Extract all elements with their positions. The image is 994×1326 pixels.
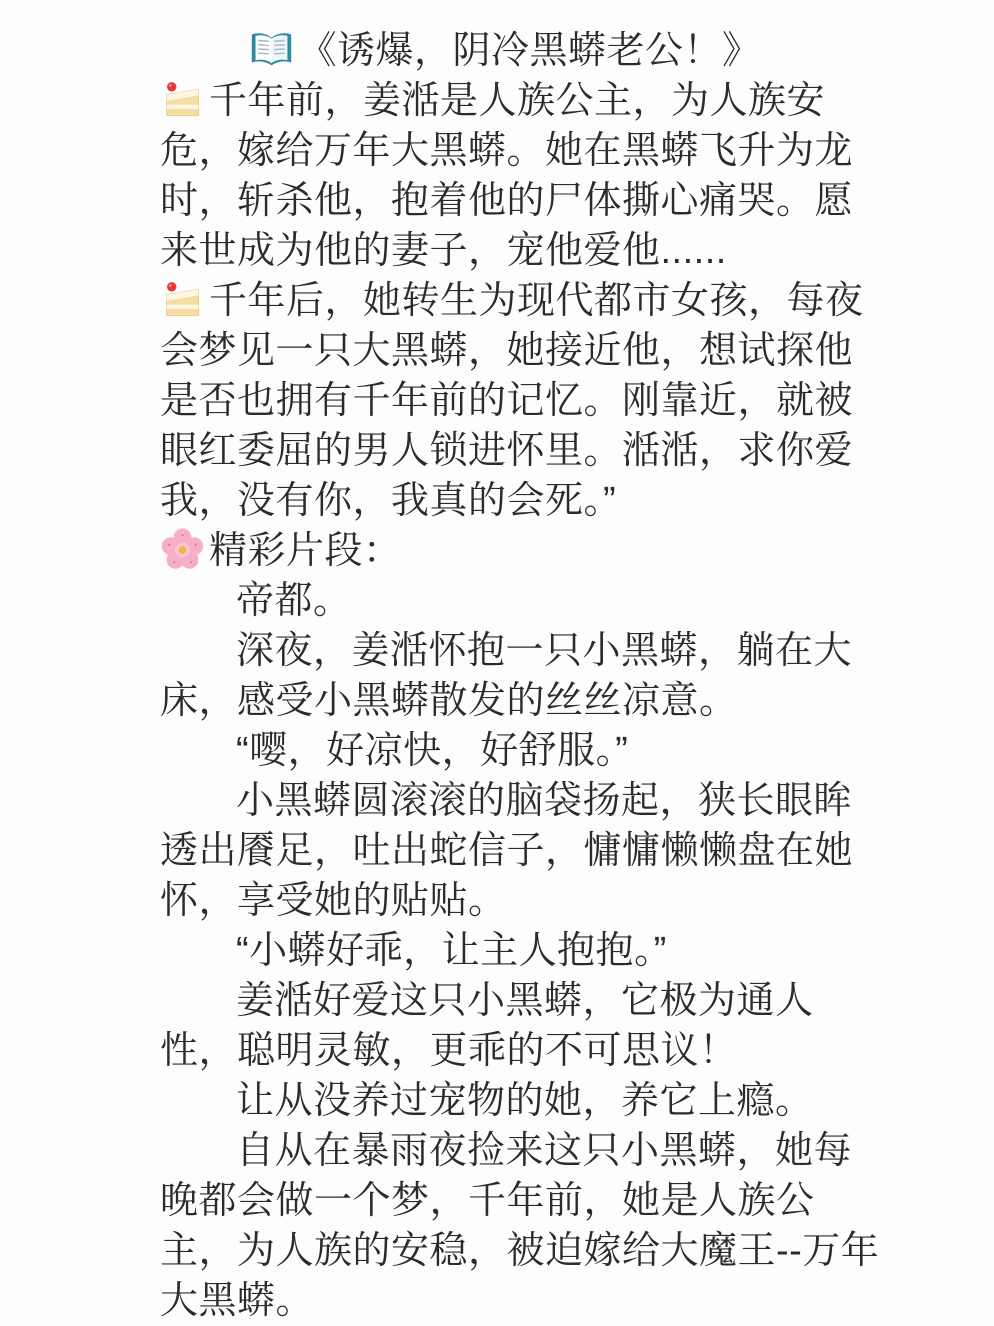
text-line: 我，没有你，我真的会死。” [160, 476, 860, 526]
line-text: 小黑蟒圆滚滚的脑袋扬起，狭长眼眸 [236, 780, 852, 822]
book-title-text: 《诱爆，阴冷黑蟒老公！》 [298, 30, 760, 72]
text-line: 千年前，姜湉是人族公主，为人族安 [160, 76, 860, 126]
line-text: 怀，享受她的贴贴。 [160, 880, 507, 922]
line-text: 是否也拥有千年前的记忆。刚靠近，就被 [160, 380, 853, 422]
text-line: 会梦见一只大黑蟒，她接近他，想试探他 [160, 326, 860, 376]
text-line: “小蟒好乖，让主人抱抱。” [160, 926, 860, 976]
text-line: 性，聪明灵敏，更乖的不可思议！ [160, 1026, 860, 1076]
line-text: 帝都。 [236, 580, 352, 622]
line-text: 精彩片段： [209, 530, 402, 572]
text-line: 深夜，姜湉怀抱一只小黑蟒，躺在大 [160, 626, 860, 676]
text-line: 来世成为他的妻子，宠他爱他...... [160, 226, 860, 276]
line-text: “小蟒好乖，让主人抱抱。” [236, 930, 667, 972]
line-text: 千年前，姜湉是人族公主，为人族安 [209, 80, 825, 122]
text-line: 床，感受小黑蟒散发的丝丝凉意。 [160, 676, 860, 726]
text-line: 小黑蟒圆滚滚的脑袋扬起，狭长眼眸 [160, 776, 860, 826]
text-line: 透出餍足，吐出蛇信子，慵慵懒懒盘在她 [160, 826, 860, 876]
text-line: 自从在暴雨夜捡来这只小黑蟒，她每 [160, 1126, 860, 1176]
line-text: 危，嫁给万年大黑蟒。她在黑蟒飞升为龙 [160, 130, 853, 172]
text-line: 晚都会做一个梦，千年前，她是人族公 [160, 1176, 860, 1226]
text-line: 让从没养过宠物的她，养它上瘾。 [160, 1076, 860, 1126]
cake-icon [160, 77, 205, 122]
text-line: 姜湉好爱这只小黑蟒，它极为通人 [160, 976, 860, 1026]
text-line: 怀，享受她的贴贴。 [160, 876, 860, 926]
line-text: 千年后，她转生为现代都市女孩，每夜 [209, 280, 864, 322]
line-text: 我，没有你，我真的会死。” [160, 480, 616, 522]
text-line: “嘤，好凉快，好舒服。” [160, 726, 860, 776]
line-text: 姜湉好爱这只小黑蟒，它极为通人 [236, 980, 814, 1022]
line-text: 自从在暴雨夜捡来这只小黑蟒，她每 [236, 1130, 852, 1172]
text-line: 精彩片段： [160, 526, 860, 576]
line-text: 晚都会做一个梦，千年前，她是人族公 [160, 1180, 815, 1222]
text-line: 大黑蟒。 [160, 1276, 860, 1326]
line-text: 大黑蟒。 [160, 1280, 314, 1322]
text-line: 时，斩杀他，抱着他的尸体撕心痛哭。愿 [160, 176, 860, 226]
text-line: 眼红委屈的男人锁进怀里。湉湉，求你爱 [160, 426, 860, 476]
line-text: 时，斩杀他，抱着他的尸体撕心痛哭。愿 [160, 180, 853, 222]
line-text: 让从没养过宠物的她，养它上瘾。 [236, 1080, 814, 1122]
title-line: 《诱爆，阴冷黑蟒老公！》 [160, 26, 850, 76]
article-body: 《诱爆，阴冷黑蟒老公！》千年前，姜湉是人族公主，为人族安危，嫁给万年大黑蟒。她在… [0, 0, 860, 1326]
line-text: 性，聪明灵敏，更乖的不可思议！ [160, 1030, 738, 1072]
line-text: “嘤，好凉快，好舒服。” [236, 730, 628, 772]
line-text: 眼红委屈的男人锁进怀里。湉湉，求你爱 [160, 430, 853, 472]
text-line: 千年后，她转生为现代都市女孩，每夜 [160, 276, 860, 326]
open-book-icon [249, 27, 294, 72]
line-text: 来世成为他的妻子，宠他爱他...... [160, 230, 727, 272]
cake-icon [160, 277, 205, 322]
text-line: 是否也拥有千年前的记忆。刚靠近，就被 [160, 376, 860, 426]
line-text: 深夜，姜湉怀抱一只小黑蟒，躺在大 [236, 630, 852, 672]
text-line: 主，为人族的安稳，被迫嫁给大魔王--万年 [160, 1226, 860, 1276]
cherry-blossom-icon [160, 527, 205, 572]
line-text: 主，为人族的安稳，被迫嫁给大魔王--万年 [160, 1230, 879, 1272]
line-text: 床，感受小黑蟒散发的丝丝凉意。 [160, 680, 738, 722]
text-line: 帝都。 [160, 576, 860, 626]
text-line: 危，嫁给万年大黑蟒。她在黑蟒飞升为龙 [160, 126, 860, 176]
line-text: 透出餍足，吐出蛇信子，慵慵懒懒盘在她 [160, 830, 853, 872]
line-text: 会梦见一只大黑蟒，她接近他，想试探他 [160, 330, 853, 372]
